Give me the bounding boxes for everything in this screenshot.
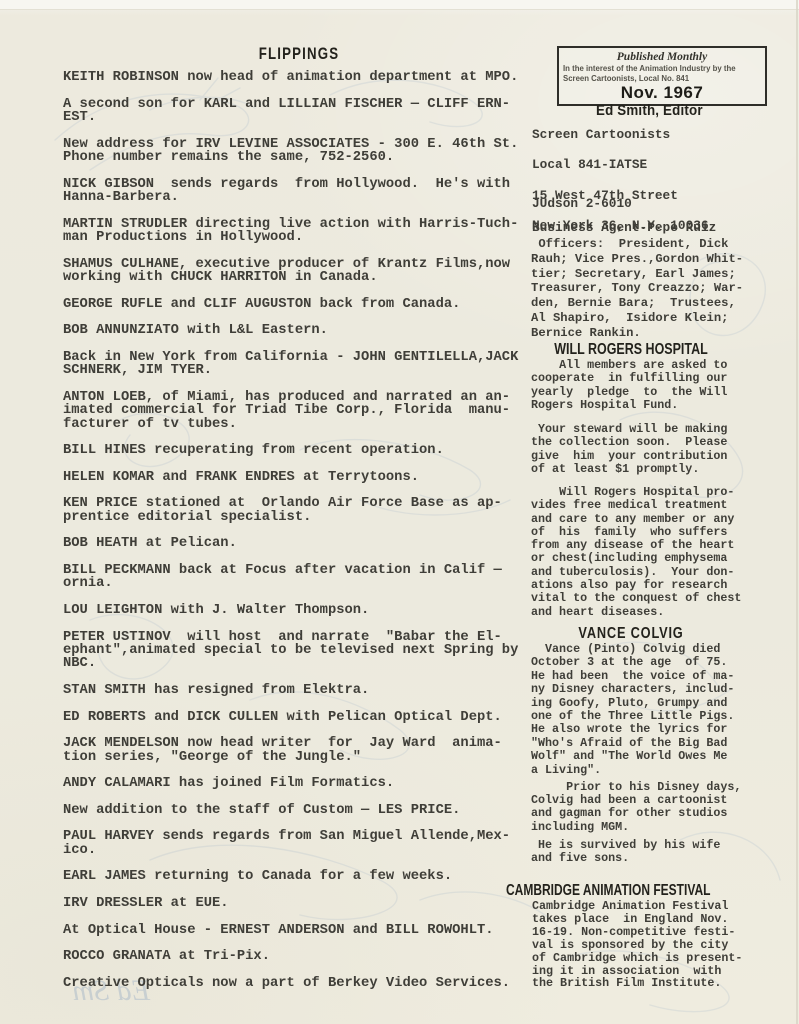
flippings-item: LOU LEIGHTON with J. Walter Thompson. xyxy=(63,604,535,617)
org-name-line: Screen Cartoonists xyxy=(532,127,709,142)
flippings-item: KEITH ROBINSON now head of animation dep… xyxy=(63,71,535,84)
editor-line: Ed Smith, Editor xyxy=(596,103,703,119)
flippings-item: Back in New York from California - JOHN … xyxy=(63,351,535,378)
will-rogers-heading: WILL ROGERS HOSPITAL xyxy=(553,341,709,359)
will-rogers-paragraph: All members are asked to cooperate in fu… xyxy=(531,359,749,412)
flippings-item: MARTIN STRUDLER directing live action wi… xyxy=(63,218,535,245)
org-local-line: Local 841-IATSE xyxy=(532,157,709,172)
flippings-item: BOB HEATH at Pelican. xyxy=(63,537,535,550)
vance-colvig-paragraph: Vance (Pinto) Colvig died October 3 at t… xyxy=(531,643,749,777)
flippings-item: A second son for KARL and LILLIAN FISCHE… xyxy=(63,98,535,125)
flippings-item: ANTON LOEB, of Miami, has produced and n… xyxy=(63,391,535,431)
newsletter-page: { "masthead": { "line1": "Published Mont… xyxy=(0,0,799,1024)
flippings-item: BILL PECKMANN back at Focus after vacati… xyxy=(63,564,535,591)
vance-colvig-paragraph: Prior to his Disney days, Colvig had bee… xyxy=(531,781,749,834)
flippings-item: New addition to the staff of Custom — LE… xyxy=(63,804,535,817)
cambridge-festival-heading: CAMBRIDGE ANIMATION FESTIVAL xyxy=(506,882,710,900)
flippings-item: ANDY CALAMARI has joined Film Formatics. xyxy=(63,777,535,790)
masthead-published-monthly: Published Monthly xyxy=(563,51,761,64)
flippings-item: KEN PRICE stationed at Orlando Air Force… xyxy=(63,497,535,524)
flippings-item: JACK MENDELSON now head writer for Jay W… xyxy=(63,737,535,764)
paper-right-edge xyxy=(796,0,798,1024)
flippings-item: PAUL HARVEY sends regards from San Migue… xyxy=(63,830,535,857)
flippings-item: EARL JAMES returning to Canada for a few… xyxy=(63,870,535,883)
flippings-item: GEORGE RUFLE and CLIF AUGUSTON back from… xyxy=(63,298,535,311)
will-rogers-paragraph: Will Rogers Hospital pro- vides free med… xyxy=(531,486,749,619)
masthead-interest-line: In the interest of the Animation Industr… xyxy=(563,64,761,74)
newsletter-date: Nov. 1967 xyxy=(563,83,761,102)
flippings-item: Creative Opticals now a part of Berkey V… xyxy=(63,977,535,990)
flippings-item: ROCCO GRANATA at Tri-Pix. xyxy=(63,950,535,963)
org-address: Screen Cartoonists Local 841-IATSE 15 We… xyxy=(532,127,709,233)
masthead-local-line: Screen Cartoonists, Local No. 841 xyxy=(563,74,761,84)
flippings-item: BOB ANNUNZIATO with L&L Eastern. xyxy=(63,324,535,337)
flippings-item: NICK GIBSON sends regards from Hollywood… xyxy=(63,178,535,205)
flippings-item: IRV DRESSLER at EUE. xyxy=(63,897,535,910)
flippings-item: SHAMUS CULHANE, executive producer of Kr… xyxy=(63,258,535,285)
will-rogers-paragraph: Your steward will be making the collecti… xyxy=(531,423,749,476)
vance-colvig-paragraph: He is survived by his wife and five sons… xyxy=(531,839,749,865)
flippings-item: BILL HINES recuperating from recent oper… xyxy=(63,444,535,457)
masthead-box: Published Monthly In the interest of the… xyxy=(557,46,767,106)
org-phone: JUdson 2-6010 xyxy=(532,196,632,211)
flippings-item: ED ROBERTS and DICK CULLEN with Pelican … xyxy=(63,711,535,724)
flippings-item: PETER USTINOV will host and narrate "Bab… xyxy=(63,631,535,671)
flippings-item: At Optical House - ERNEST ANDERSON and B… xyxy=(63,924,535,937)
cambridge-festival-body: Cambridge Animation Festival takes place… xyxy=(532,900,750,990)
flippings-section: FLIPPINGS KEITH ROBINSON now head of ani… xyxy=(63,44,535,1003)
flippings-item: STAN SMITH has resigned from Elektra. xyxy=(63,684,535,697)
flippings-heading: FLIPPINGS xyxy=(115,44,483,64)
vance-colvig-heading: VANCE COLVIG xyxy=(551,625,711,643)
officers-list: Officers: President, Dick Rauh; Vice Pre… xyxy=(531,237,753,341)
flippings-item: HELEN KOMAR and FRANK ENDRES at Terrytoo… xyxy=(63,471,535,484)
business-agent-line: Business Agent-Pepe Ruiz xyxy=(532,220,716,235)
paper-top-edge xyxy=(0,0,799,10)
flippings-item: New address for IRV LEVINE ASSOCIATES - … xyxy=(63,138,535,165)
